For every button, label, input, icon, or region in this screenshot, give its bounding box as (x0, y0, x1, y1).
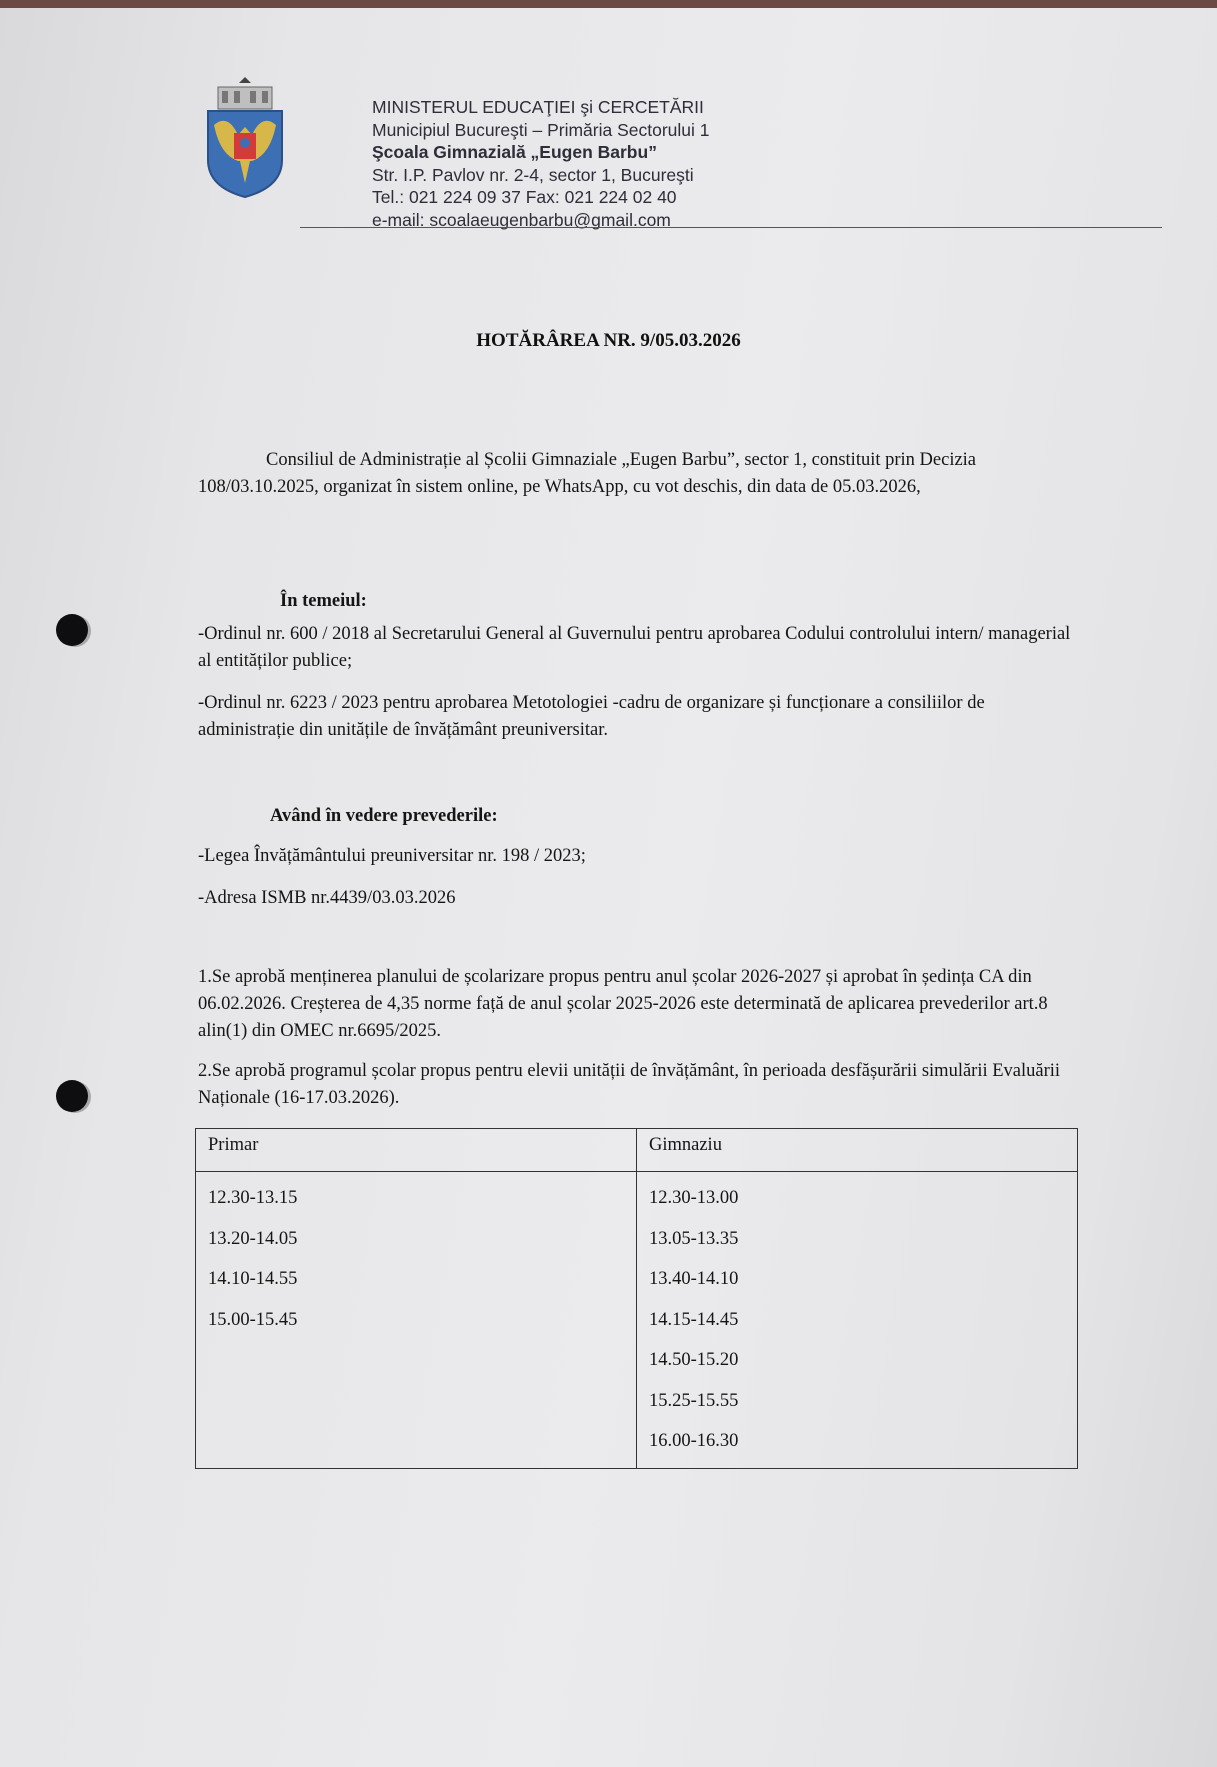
time-slot: 12.30-13.15 (208, 1178, 624, 1219)
document-page: MINISTERUL EDUCAŢIEI şi CERCETĂRII Munic… (0, 0, 1217, 1767)
decision-item: 1.Se aprobă menținerea planului de școla… (198, 964, 1078, 1045)
provisions-item: -Legea Învățământului preuniversitar nr.… (198, 843, 1078, 870)
gimnaziu-times: 12.30-13.00 13.05-13.35 13.40-14.10 14.1… (637, 1172, 1078, 1469)
letterhead: MINISTERUL EDUCAŢIEI şi CERCETĂRII Munic… (372, 96, 710, 231)
decision-item: 2.Se aprobă programul școlar propus pent… (198, 1058, 1078, 1112)
time-slot: 13.20-14.05 (208, 1219, 624, 1260)
punch-hole (56, 1080, 88, 1112)
intro-paragraph: Consiliul de Administrație al Școlii Gim… (198, 447, 1078, 501)
time-slot: 15.00-15.45 (208, 1300, 624, 1341)
page-top-edge (0, 0, 1217, 8)
basis-item: -Ordinul nr. 600 / 2018 al Secretarului … (198, 621, 1078, 675)
punch-hole (56, 614, 88, 646)
address-line: Str. I.P. Pavlov nr. 2-4, sector 1, Bucu… (372, 164, 710, 187)
ministry-name: MINISTERUL EDUCAŢIEI şi CERCETĂRII (372, 96, 710, 119)
header-divider (300, 227, 1162, 228)
time-slot: 14.15-14.45 (649, 1300, 1065, 1341)
municipality-line: Municipiul Bucureşti – Primăria Sectorul… (372, 119, 710, 142)
phone-fax-line: Tel.: 021 224 09 37 Fax: 021 224 02 40 (372, 186, 710, 209)
time-slot: 12.30-13.00 (649, 1178, 1065, 1219)
column-header-gimnaziu: Gimnaziu (637, 1129, 1078, 1172)
basis-heading: În temeiul: (280, 588, 1160, 615)
primar-times: 12.30-13.15 13.20-14.05 14.10-14.55 15.0… (196, 1172, 637, 1469)
basis-item: -Ordinul nr. 6223 / 2023 pentru aprobare… (198, 690, 1078, 744)
schedule-table: Primar Gimnaziu 12.30-13.15 13.20-14.05 … (195, 1128, 1078, 1469)
time-slot: 14.10-14.55 (208, 1259, 624, 1300)
time-slot: 16.00-16.30 (649, 1421, 1065, 1462)
document-title: HOTĂRÂREA NR. 9/05.03.2026 (0, 330, 1217, 352)
time-slot: 13.05-13.35 (649, 1219, 1065, 1260)
column-header-primar: Primar (196, 1129, 637, 1172)
provisions-item: -Adresa ISMB nr.4439/03.03.2026 (198, 885, 1078, 912)
time-slot: 13.40-14.10 (649, 1259, 1065, 1300)
time-slot: 15.25-15.55 (649, 1381, 1065, 1422)
coat-of-arms-icon (200, 75, 290, 200)
time-slot: 14.50-15.20 (649, 1340, 1065, 1381)
provisions-heading: Având în vedere prevederile: (270, 803, 1150, 830)
school-name: Şcoala Gimnazială „Eugen Barbu” (372, 141, 710, 164)
